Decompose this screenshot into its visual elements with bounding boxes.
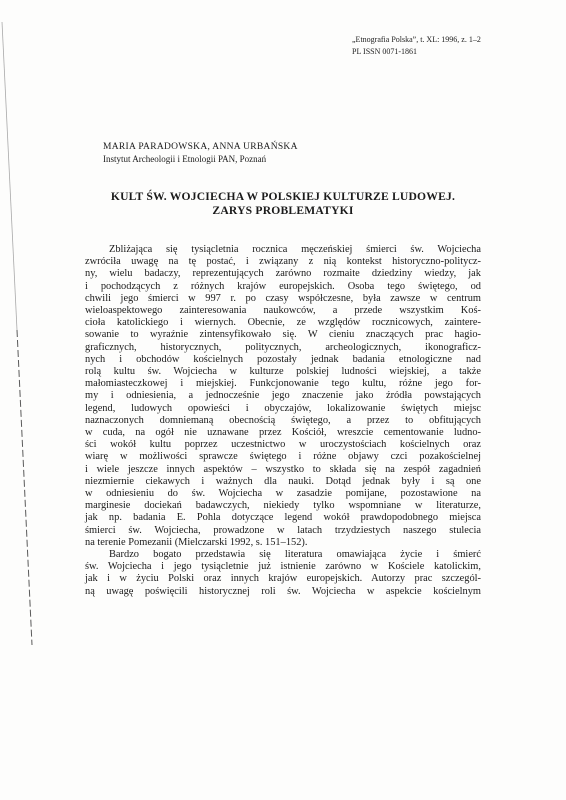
body-text-line: naznaczonych domniemaną obecnością święt… bbox=[85, 415, 481, 427]
body-text-line: zwróciła uwagę na tę postać, i związany … bbox=[85, 256, 481, 268]
body-text-line: legend, ludowych opowieści i obyczajów, … bbox=[85, 403, 481, 415]
body-text-line: małomiasteczkowej i miejskiej. Funkcjono… bbox=[85, 378, 481, 390]
journal-header: „Etnografia Polska”, t. XL: 1996, z. 1–2… bbox=[352, 34, 481, 58]
author-affiliation: Instytut Archeologii i Etnologii PAN, Po… bbox=[103, 154, 266, 164]
body-text-line: Zbliżająca się tysiącletnia rocznica męc… bbox=[85, 244, 481, 256]
body-text-line: cioła katolickiego i wiernych. Obecnie, … bbox=[85, 317, 481, 329]
body-text-line: wieloaspektowego zainteresowania naukowc… bbox=[85, 305, 481, 317]
body-text-line: jak np. badania E. Pohla dotyczące legen… bbox=[85, 512, 481, 524]
article-body: Zbliżająca się tysiącletnia rocznica męc… bbox=[85, 244, 481, 598]
journal-issn: PL ISSN 0071-1861 bbox=[352, 46, 481, 58]
article-title: KULT ŚW. WOJCIECHA W POLSKIEJ KULTURZE L… bbox=[85, 190, 481, 218]
body-text-line: śmierci św. Wojciecha, prowadzone w lata… bbox=[85, 525, 481, 537]
body-text-line: graficznych, historycznych, politycznych… bbox=[85, 342, 481, 354]
body-text-line: ną uwagę poświęcili historycznej roli św… bbox=[85, 586, 481, 598]
body-text-line: my i odniesienia, a jednocześnie jego zn… bbox=[85, 390, 481, 402]
article-title-line1: KULT ŚW. WOJCIECHA W POLSKIEJ KULTURZE L… bbox=[85, 190, 481, 204]
body-text-line: ny, wielu badaczy, reprezentujących zaró… bbox=[85, 268, 481, 280]
body-text-line: i wiele jeszcze innych aspektów – wszyst… bbox=[85, 464, 481, 476]
body-text-line: i pochodzących z różnych krajów europejs… bbox=[85, 281, 481, 293]
body-text-line: sowanie to wyraźnie zintensyfikowało się… bbox=[85, 329, 481, 341]
body-text-line: św. Wojciecha i jego tysiącletnie już is… bbox=[85, 561, 481, 573]
body-text-line: wiarę w możliwości sprawcze świętego i r… bbox=[85, 451, 481, 463]
journal-citation: „Etnografia Polska”, t. XL: 1996, z. 1–2 bbox=[352, 34, 481, 46]
author-names: MARIA PARADOWSKA, ANNA URBAŃSKA bbox=[103, 142, 298, 152]
scan-artifact-line bbox=[0, 0, 40, 660]
article-title-line2: ZARYS PROBLEMATYKI bbox=[85, 204, 481, 218]
body-text-line: Bardzo bogato przedstawia się literatura… bbox=[85, 549, 481, 561]
body-text-line: w odniesieniu do św. Wojciecha w zasadzi… bbox=[85, 488, 481, 500]
body-text-line: nych i obchodów kościelnych pozostały je… bbox=[85, 354, 481, 366]
body-text-line: niezmiernie ciekawych i ważnych dla nauk… bbox=[85, 476, 481, 488]
body-text-line: rolą kultu św. Wojciecha w kulturze pols… bbox=[85, 366, 481, 378]
body-text-line: chwili jego śmierci w 997 r. po czasy ws… bbox=[85, 293, 481, 305]
scanned-paper-page: „Etnografia Polska”, t. XL: 1996, z. 1–2… bbox=[0, 0, 566, 800]
body-text-line: jak i w życiu Polski oraz innych krajów … bbox=[85, 573, 481, 585]
body-text-line: ści wokół kultu poprzez uczestnictwo w u… bbox=[85, 439, 481, 451]
body-text-line: marginesie dociekań badawczych, niekiedy… bbox=[85, 500, 481, 512]
body-text-line: w cuda, na ogół nie uznawane przez Kości… bbox=[85, 427, 481, 439]
body-text-line: na terenie Pomezanii (Mielczarski 1992, … bbox=[85, 537, 481, 549]
